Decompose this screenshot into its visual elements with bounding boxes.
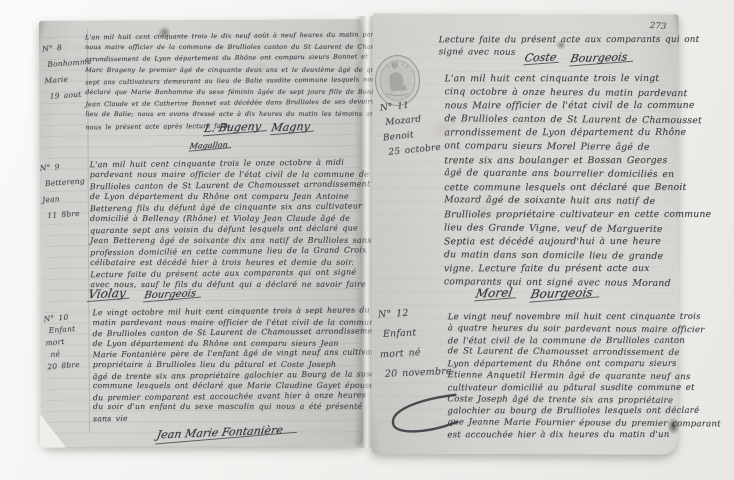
signature: Coste (523, 51, 557, 66)
entry-9: N° 9BetterengJean11 8bre L'an mil huit c… (39, 19, 361, 21)
signature: L. Bugeny (203, 120, 262, 136)
entry-10-text: Le vingt octobre mil huit cent cinquante… (92, 306, 347, 424)
entry-11-signatures: Morel Bourgeois (476, 286, 593, 301)
torn-page-corner (40, 414, 66, 448)
signature: Bourgeois (143, 288, 197, 302)
margin-note-entry-10: N° 10Enfantmortné20 8bre (43, 311, 89, 374)
continuation-signatures: Coste Bourgeois (525, 51, 627, 65)
entry-9-text: L'an mil huit cent cinquante trois le on… (90, 157, 343, 290)
signature: Morel (474, 285, 513, 301)
entry-10: N° 10Enfantmortné20 8bre Le vingt octobr… (39, 19, 361, 21)
entry-10-signature: Jean Marie Fontanière (157, 426, 282, 441)
margin-note-entry-9: N° 9BetterengJean11 8bre (39, 160, 90, 227)
left-page: N° 8BonhommeMarie19 aout L'an mil huit c… (39, 19, 363, 447)
margin-note-entry-11: N° 11MozardBenoit25 octobre (379, 98, 441, 163)
entry-8-signatures: L. Bugeny Magny (204, 120, 309, 135)
signature: Magallon (189, 140, 229, 152)
margin-note-entry-8: N° 8BonhommeMarie19 aout (42, 41, 89, 108)
entry-8-text: L'an mil huit cent cinquante trois le di… (85, 30, 360, 132)
entry-11: N° 11MozardBenoit25 octobre L'an mil hui… (373, 13, 679, 14)
margin-note-entry-12: N° 12Enfantmort né20 novembre (378, 306, 446, 389)
scanned-register-spread: N° 8BonhommeMarie19 aout L'an mil huit c… (0, 0, 734, 480)
entry-8-secondary-signature: Magallon (190, 141, 228, 151)
signature: Violay (87, 286, 127, 303)
signature: Bourgeois (529, 285, 594, 302)
entry-8: N° 8BonhommeMarie19 aout L'an mil huit c… (39, 19, 361, 21)
signature: Bourgeois (569, 50, 628, 66)
entry-12: N° 12Enfantmort né20 novembre Le vingt n… (373, 13, 679, 14)
page-number: 273 (650, 21, 668, 32)
signature: Jean Marie Fontanière (155, 423, 284, 442)
entry-11-text: L'an mil huit cent cinquante trois le vi… (444, 72, 675, 290)
signature: Magny (270, 120, 311, 136)
entry-9-signatures: Violay Bourgeois (88, 286, 196, 302)
entry-12-text: Le vingt neuf novembre mil huit cent cin… (447, 312, 673, 443)
right-page: 273 Lecture faite du présent acte aux co… (371, 13, 679, 454)
act-closing-continuation: Lecture faite du présent acte aux compar… (373, 13, 679, 14)
